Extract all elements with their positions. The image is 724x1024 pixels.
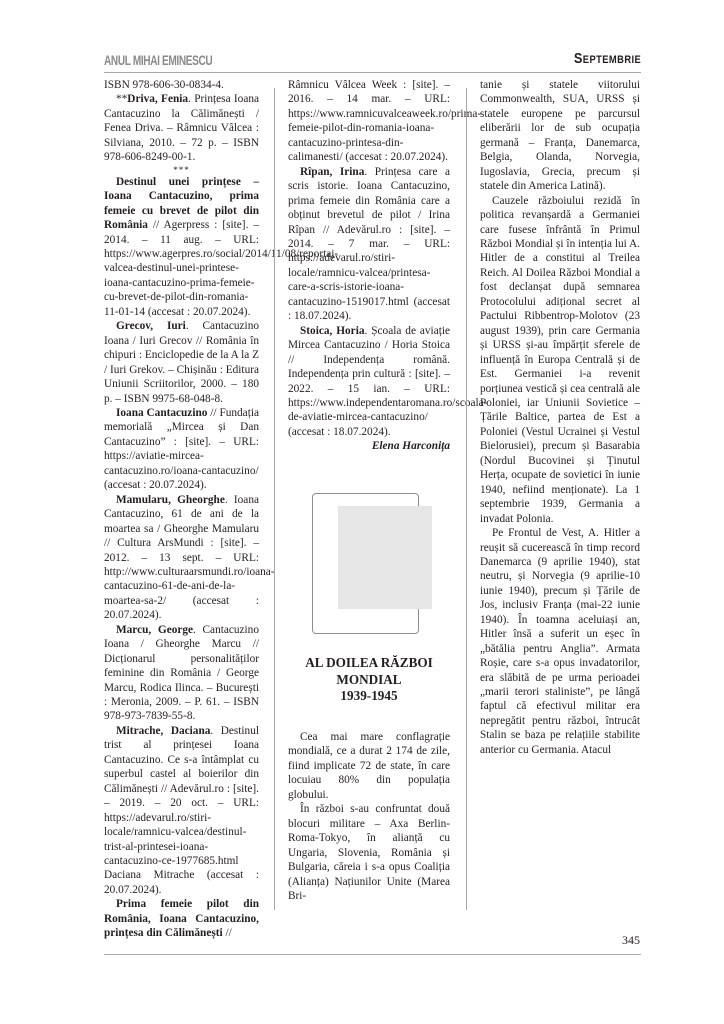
article-paragraph: Cauzele războiului rezidă în politica re… xyxy=(480,194,640,526)
article-paragraph-continued: tanie și statele viitorului Commonwealth… xyxy=(480,78,640,194)
column-divider xyxy=(274,88,275,910)
article-body: Cea mai mare conflagrație mondială, ce a… xyxy=(288,730,450,903)
author-signature: Elena Harconița xyxy=(288,439,450,453)
article-title: AL DOILEA RĂZBOI MONDIAL 1939-1945 xyxy=(288,655,450,705)
entry-marcu: Marcu, George. Cantacuzino Ioana / Gheor… xyxy=(104,623,259,724)
entry-mamularu: Mamularu, Gheorghe. Ioana Cantacuzino, 6… xyxy=(104,493,259,623)
book-title: ANUL MIHAI EMINESCU xyxy=(104,52,212,68)
column-3: tanie și statele viitorului Commonwealth… xyxy=(480,78,640,757)
entry-destinul: Destinul unei prințese – Ioana Cantacuzi… xyxy=(104,175,259,320)
month-title: Septembrie xyxy=(574,50,641,67)
running-header: ANUL MIHAI EMINESCU Septembrie xyxy=(104,50,641,72)
entry-ripan: Rîpan, Irina. Prințesa care a scris isto… xyxy=(288,165,450,324)
entry-prima-continued: Râmnicu Vâlcea Week : [site]. – 2016. – … xyxy=(288,78,450,165)
column-2: Râmnicu Vâlcea Week : [site]. – 2016. – … xyxy=(288,78,450,454)
page-number: 345 xyxy=(622,933,640,948)
entry-prima: Prima femeie pilot din România, Ioana Ca… xyxy=(104,897,259,940)
footer-rule xyxy=(104,954,641,955)
column-divider xyxy=(466,88,467,910)
entry-mitrache: Mitrache, Daciana. Destinul trist al pri… xyxy=(104,724,259,897)
photo-placeholder xyxy=(338,506,432,609)
section-separator: *** xyxy=(104,165,259,175)
article-paragraph: Cea mai mare conflagrație mondială, ce a… xyxy=(288,730,450,802)
entry-grecov: Grecov, Iuri. Cantacuzino Ioana / Iuri G… xyxy=(104,319,259,406)
entry-ioana: Ioana Cantacuzino // Fundația memorială … xyxy=(104,406,259,493)
entry-driva: **Driva, Fenia. Prințesa Ioana Cantacuzi… xyxy=(104,92,259,164)
isbn-line: ISBN 978-606-30-0834-4. xyxy=(104,78,259,92)
article-paragraph: Pe Frontul de Vest, A. Hitler a reușit s… xyxy=(480,526,640,757)
article-paragraph: În război s-au confruntat două blocuri m… xyxy=(288,802,450,903)
header-rule xyxy=(104,72,641,73)
column-1: ISBN 978-606-30-0834-4. **Driva, Fenia. … xyxy=(104,78,259,941)
entry-stoica: Stoica, Horia. Școala de aviație Mircea … xyxy=(288,324,450,440)
